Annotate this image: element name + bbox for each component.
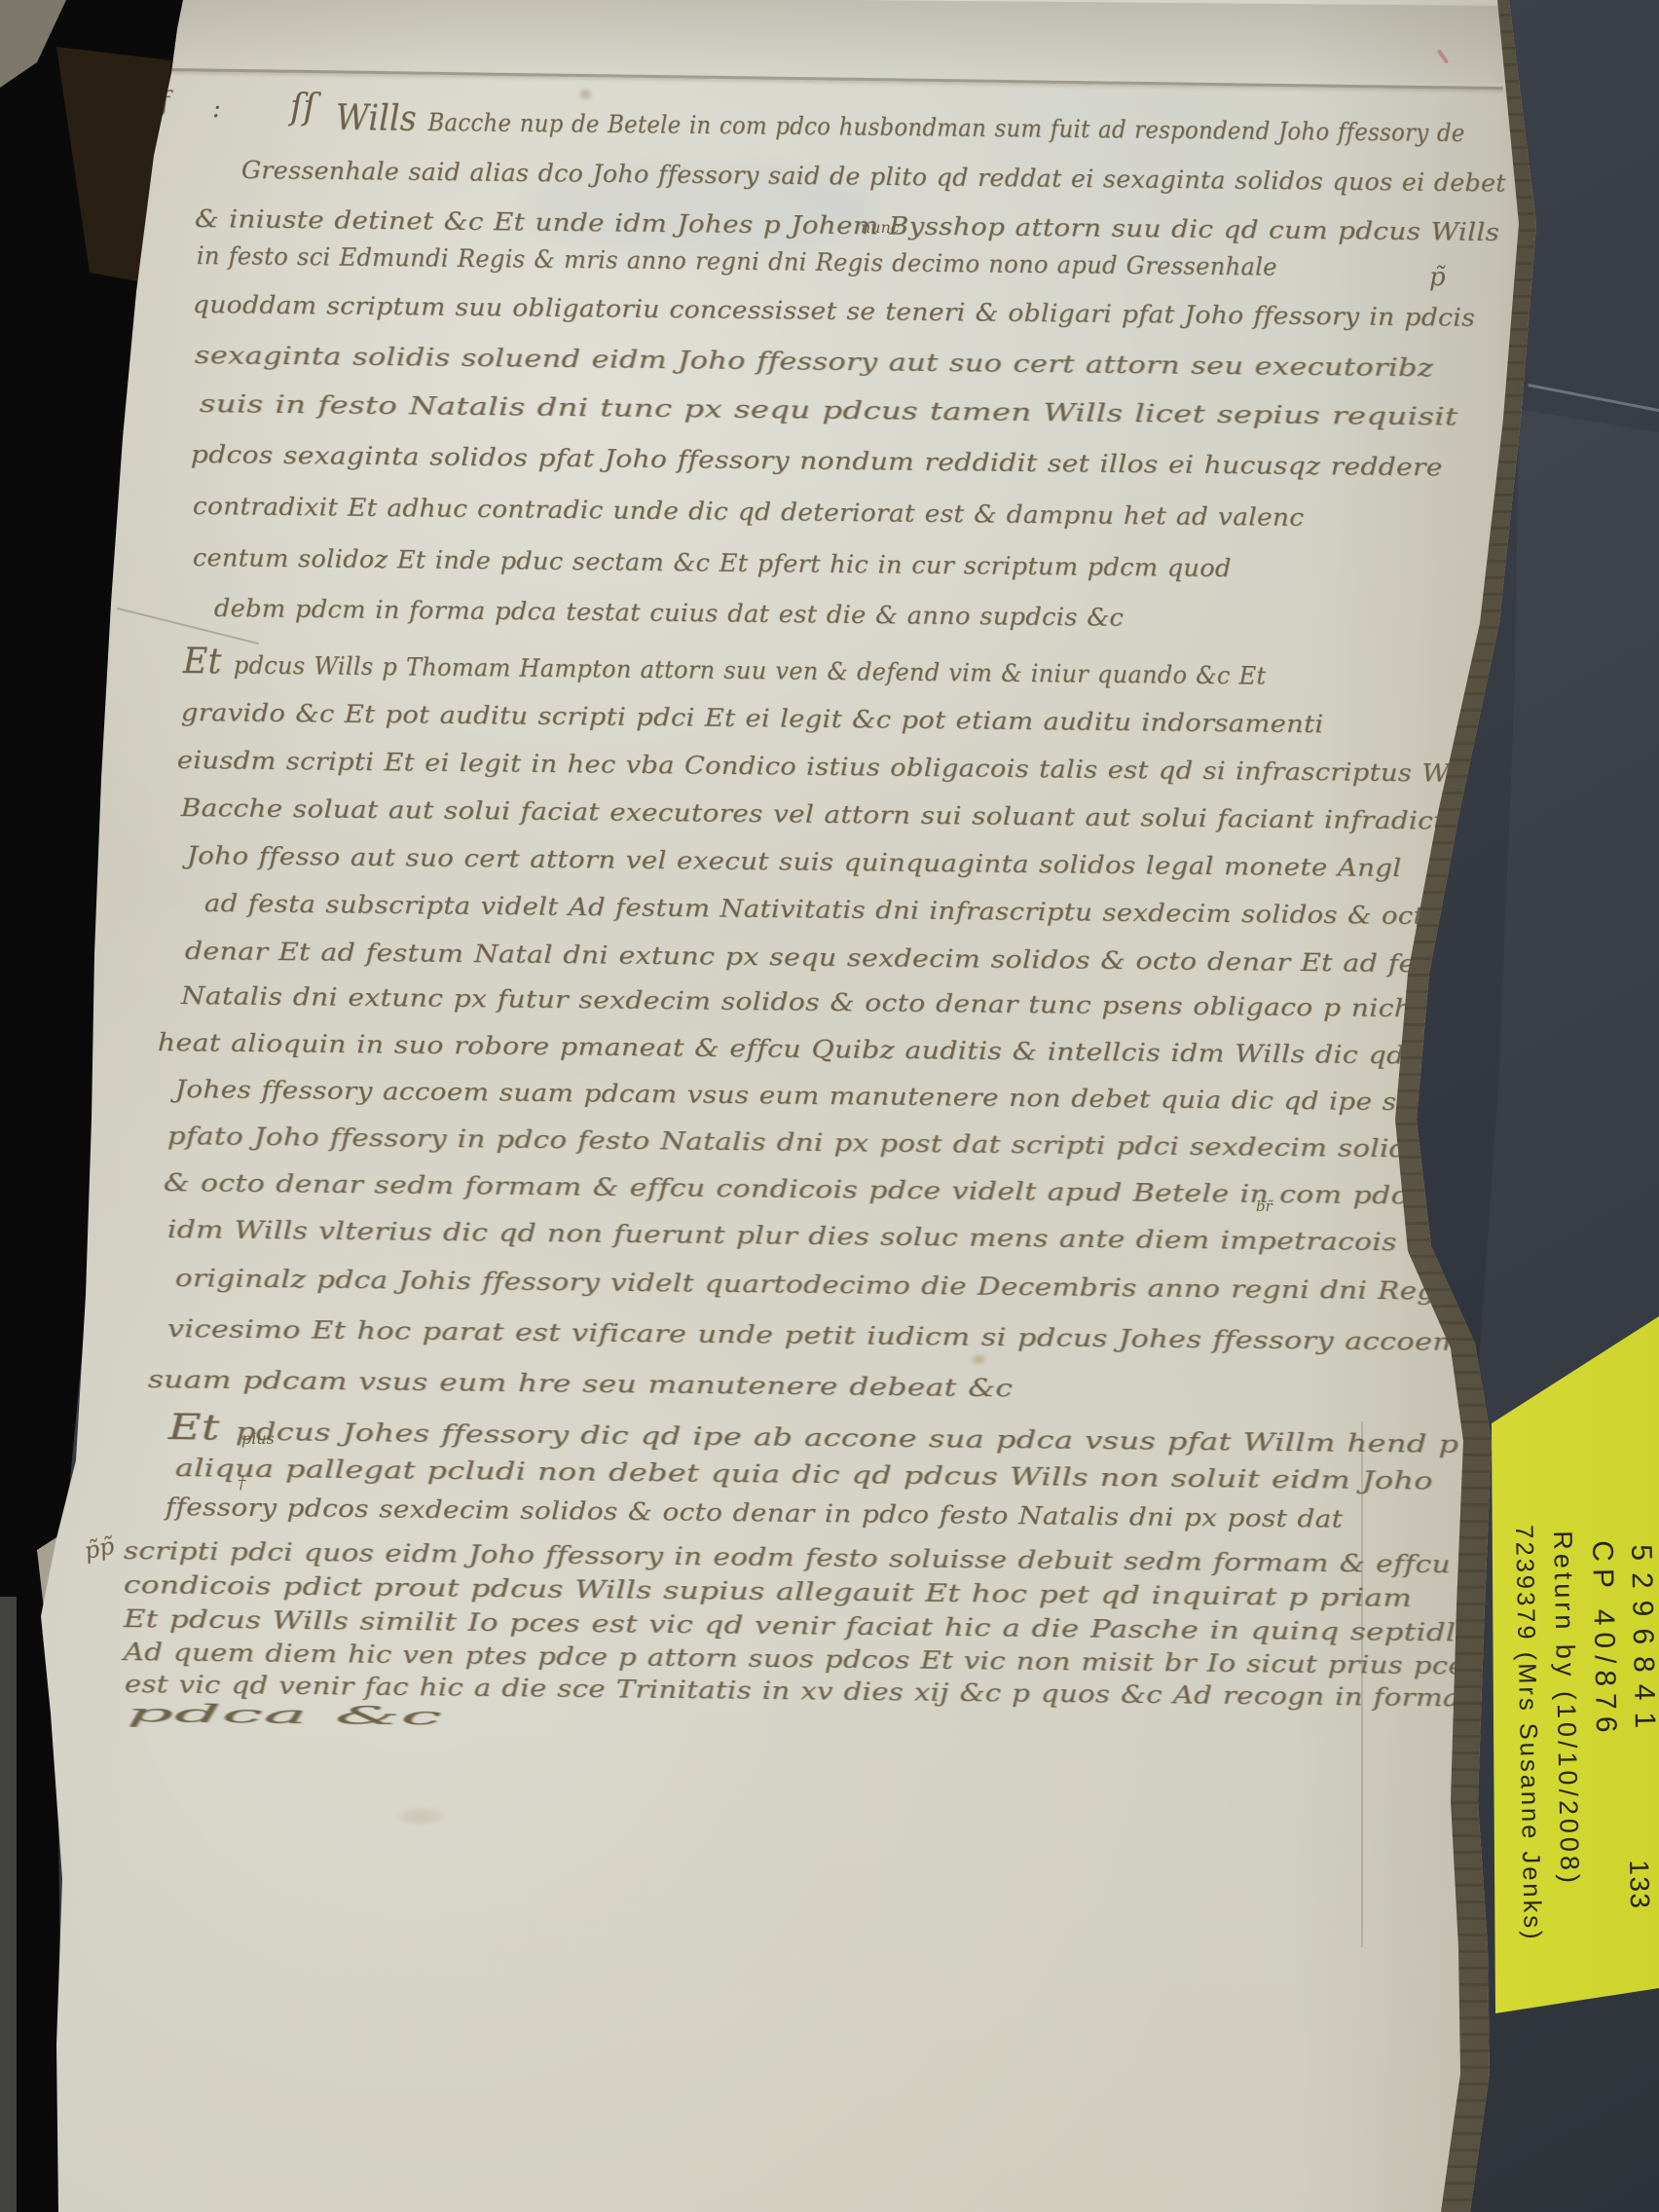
marginal-mark: † (238, 1474, 246, 1493)
note-document-number: 5296841 (1624, 1544, 1659, 1740)
under-membrane-sliver (0, 1597, 17, 2212)
paragraph-initial: Et (168, 1408, 237, 1449)
paragraph-initial: Et (183, 642, 234, 682)
marginal-mark: p̃ (1429, 263, 1446, 292)
manuscript-photo: Wills Bacche nup de Betele in com pdco h… (0, 0, 1659, 2212)
faint-blotch (399, 1809, 442, 1824)
marginal-mark: ſſ (290, 88, 316, 128)
ink-spot (580, 90, 591, 99)
manuscript-line: pdca &c (127, 1699, 443, 1735)
marginal-mark: nunc (861, 218, 900, 237)
note-catalogue-ref: CP 40/876 (1585, 1540, 1622, 1740)
note-rotulus-number: 133 (1622, 1860, 1656, 1910)
marginal-mark: : (212, 93, 221, 124)
backing-card-edge (1528, 384, 1659, 413)
marginal-mark: br̃ (1256, 1198, 1272, 1215)
marginal-mark: pius (241, 1429, 275, 1448)
rust-spot (973, 1355, 985, 1364)
paragraph-initial: Wills (336, 98, 428, 139)
